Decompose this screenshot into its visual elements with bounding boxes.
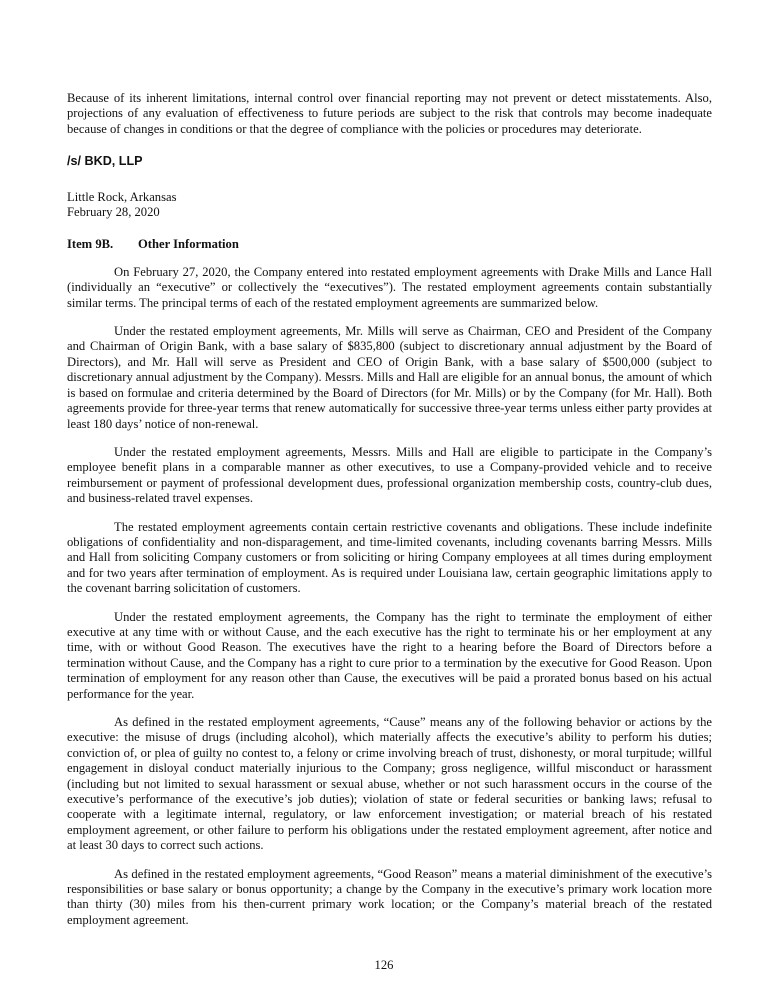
signature-location-block: Little Rock, Arkansas February 28, 2020 — [67, 190, 712, 221]
page-number: 126 — [0, 958, 768, 973]
paragraph-good-reason-definition: As defined in the restated employment ag… — [67, 867, 712, 929]
signature-city: Little Rock, Arkansas — [67, 190, 712, 205]
intro-paragraph: Because of its inherent limitations, int… — [67, 91, 712, 137]
signature-date: February 28, 2020 — [67, 205, 712, 220]
paragraph-agreements-overview: On February 27, 2020, the Company entere… — [67, 265, 712, 311]
paragraph-cause-definition: As defined in the restated employment ag… — [67, 715, 712, 854]
paragraph-covenants: The restated employment agreements conta… — [67, 520, 712, 597]
document-page: Because of its inherent limitations, int… — [67, 91, 712, 928]
paragraph-benefits: Under the restated employment agreements… — [67, 445, 712, 507]
section-heading: Item 9B. Other Information — [67, 237, 712, 252]
section-number: Item 9B. — [67, 237, 138, 252]
section-title: Other Information — [138, 237, 239, 252]
paragraph-roles-salary: Under the restated employment agreements… — [67, 324, 712, 432]
paragraph-termination: Under the restated employment agreements… — [67, 610, 712, 702]
auditor-signature: /s/ BKD, LLP — [67, 154, 712, 169]
